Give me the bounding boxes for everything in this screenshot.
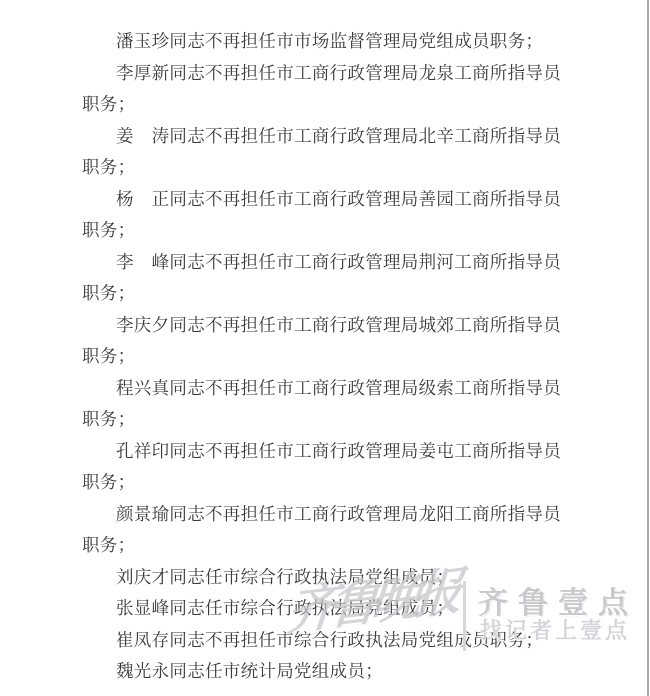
- document-line: 职务；: [82, 341, 620, 373]
- document-line: 杨 正同志不再担任市工商行政管理局善园工商所指导员: [82, 184, 620, 216]
- document-line: 职务；: [82, 152, 620, 184]
- document-line: 李厚新同志不再担任市工商行政管理局龙泉工商所指导员: [82, 58, 620, 90]
- document-line: 刘庆才同志任市综合行政执法局党组成员；: [82, 562, 620, 594]
- document-line: 李庆夕同志不再担任市工商行政管理局城郊工商所指导员: [82, 310, 620, 342]
- document-line: 李 峰同志不再担任市工商行政管理局荆河工商所指导员: [82, 247, 620, 279]
- document-line: 职务；: [82, 278, 620, 310]
- document-body: 潘玉珍同志不再担任市市场监督管理局党组成员职务；李厚新同志不再担任市工商行政管理…: [82, 26, 620, 688]
- document-line: 职务；: [82, 215, 620, 247]
- document-line: 孔祥印同志不再担任市工商行政管理局姜屯工商所指导员: [82, 436, 620, 468]
- document-line: 职务；: [82, 467, 620, 499]
- document-line: 职务；: [82, 404, 620, 436]
- document-line: 崔凤存同志不再担任市综合行政执法局党组成员职务；: [82, 625, 620, 657]
- document-line: 姜 涛同志不再担任市工商行政管理局北辛工商所指导员: [82, 121, 620, 153]
- page-right-border: [647, 0, 649, 696]
- document-page: 潘玉珍同志不再担任市市场监督管理局党组成员职务；李厚新同志不再担任市工商行政管理…: [0, 0, 650, 696]
- document-line: 颜景瑜同志不再担任市工商行政管理局龙阳工商所指导员: [82, 499, 620, 531]
- document-line: 潘玉珍同志不再担任市市场监督管理局党组成员职务；: [82, 26, 620, 58]
- document-line: 职务；: [82, 89, 620, 121]
- document-line: 程兴真同志不再担任市工商行政管理局级索工商所指导员: [82, 373, 620, 405]
- document-line: 职务；: [82, 530, 620, 562]
- document-line: 张显峰同志任市综合行政执法局党组成员；: [82, 593, 620, 625]
- document-line: 魏光永同志任市统计局党组成员；: [82, 656, 620, 688]
